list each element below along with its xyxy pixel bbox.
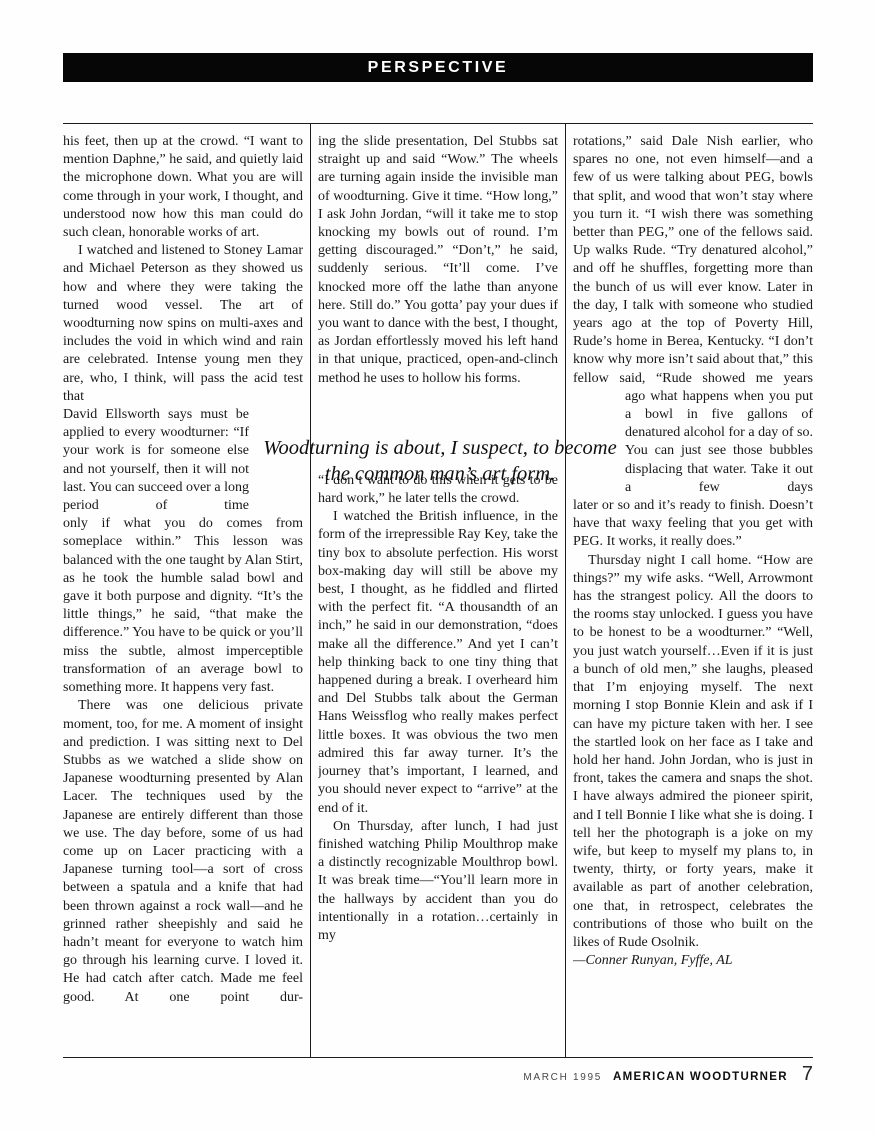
body-paragraph: Thursday night I call home. “How are thi…	[573, 552, 813, 952]
column-divider-1	[310, 123, 311, 1057]
magazine-page: PERSPECTIVE his feet, then up at the cro…	[0, 0, 876, 1133]
column-2: ing the slide presentation, Del Stubbs s…	[318, 133, 558, 1055]
column-divider-2	[565, 123, 566, 1057]
body-paragraph: I watched the British influence, in the …	[318, 508, 558, 817]
top-divider	[63, 123, 813, 124]
pull-quote: Woodturning is about, I suspect, to beco…	[262, 435, 618, 487]
body-paragraph: later or so and it’s ready to finish. Do…	[573, 497, 813, 552]
footer-issue-date: MARCH 1995	[523, 1072, 602, 1083]
section-header-banner: PERSPECTIVE	[63, 53, 813, 82]
footer-page-number: 7	[802, 1063, 813, 1086]
column-1: his feet, then up at the crowd. “I want …	[63, 133, 303, 1055]
body-paragraph: ing the slide presentation, Del Stubbs s…	[318, 133, 558, 388]
body-paragraph: There was one delicious private moment, …	[63, 697, 303, 1006]
footer: MARCH 1995 AMERICAN WOODTURNER 7	[63, 1063, 813, 1086]
body-paragraph: only if what you do comes from someplace…	[63, 515, 303, 697]
column-3: rotations,” said Dale Nish earlier, who …	[573, 133, 813, 1055]
footer-publication-name: AMERICAN WOODTURNER	[613, 1071, 788, 1083]
body-paragraph: I watched and listened to Stoney Lamar a…	[63, 242, 303, 406]
footer-divider	[63, 1057, 813, 1058]
section-title: PERSPECTIVE	[368, 59, 509, 77]
body-paragraph: his feet, then up at the crowd. “I want …	[63, 133, 303, 242]
body-paragraph: On Thursday, after lunch, I had just fin…	[318, 818, 558, 945]
author-byline: —Conner Runyan, Fyffe, AL	[573, 952, 813, 970]
body-paragraph: rotations,” said Dale Nish earlier, who …	[573, 133, 813, 388]
